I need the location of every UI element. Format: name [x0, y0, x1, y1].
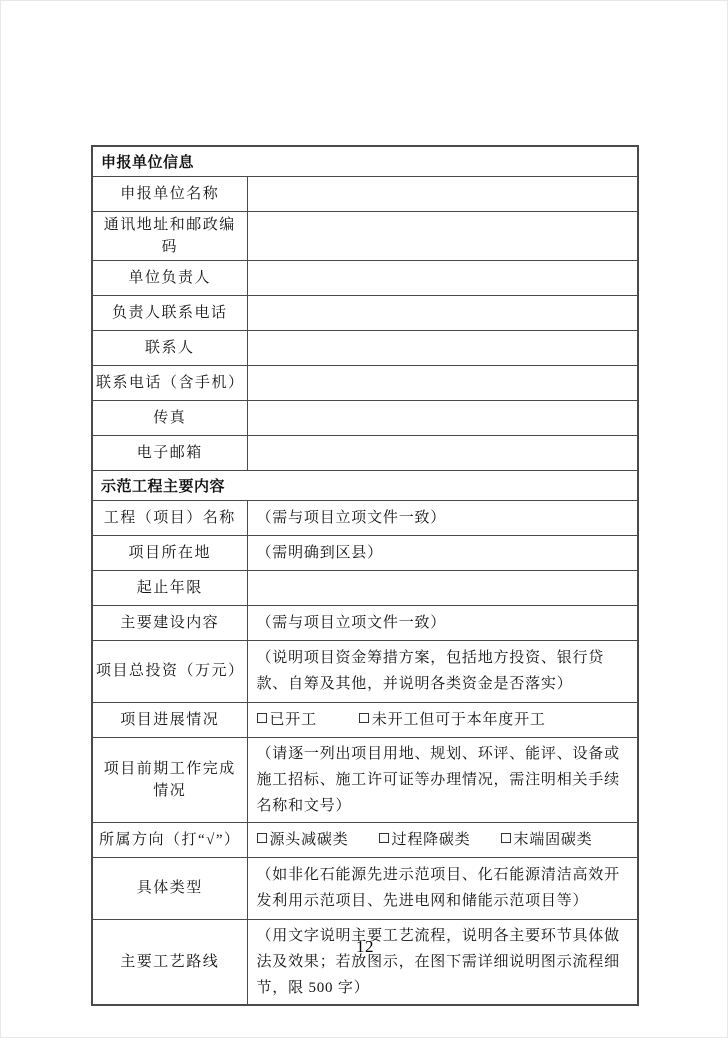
- checkbox-icon[interactable]: [379, 833, 389, 843]
- direction-option-source-reduction: 源头减碳类: [257, 832, 349, 848]
- table-row: 单位负责人: [92, 260, 638, 295]
- checkbox-icon[interactable]: [257, 713, 267, 723]
- row-value-contact-person: [247, 330, 638, 365]
- progress-option-not-started: 未开工但可于本年度开工: [359, 712, 546, 728]
- direction-option-process-reduction: 过程降碳类: [379, 832, 471, 848]
- table-row: 传真: [92, 400, 638, 435]
- checkbox-option-label: 过程降碳类: [392, 832, 471, 848]
- checkbox-option-label: 末端固碳类: [514, 832, 593, 848]
- row-value-address-postcode: [247, 211, 638, 260]
- row-label-project-progress: 项目进展情况: [92, 702, 247, 737]
- row-value-specific-type: （如非化石能源先进示范项目、化石能源清洁高效开发利用示范项目、先进电网和储能示范…: [247, 857, 638, 919]
- table-row: 项目总投资（万元） （说明项目资金筹措方案，包括地方投资、银行贷款、自筹及其他，…: [92, 640, 638, 702]
- row-label-direction: 所属方向（打“√”）: [92, 822, 247, 857]
- row-value-preliminary-work: （请逐一列出项目用地、规划、环评、能评、设备或施工招标、施工许可证等办理情况，需…: [247, 737, 638, 822]
- table-row: 通讯地址和邮政编码: [92, 211, 638, 260]
- row-label-email: 电子邮箱: [92, 435, 247, 470]
- row-value-head-phone: [247, 295, 638, 330]
- checkbox-icon[interactable]: [501, 833, 511, 843]
- table-row: 电子邮箱: [92, 435, 638, 470]
- page-number: 12: [1, 937, 728, 957]
- row-label-contact-phone: 联系电话（含手机）: [92, 365, 247, 400]
- row-label-project-name: 工程（项目）名称: [92, 500, 247, 535]
- direction-option-end-fixation: 末端固碳类: [501, 832, 593, 848]
- row-label-time-span: 起止年限: [92, 570, 247, 605]
- table-row: 申报单位信息: [92, 146, 638, 176]
- row-value-time-span: [247, 570, 638, 605]
- checkbox-option-label: 源头减碳类: [270, 832, 349, 848]
- row-value-project-progress: 已开工未开工但可于本年度开工: [247, 702, 638, 737]
- section-header-project-content: 示范工程主要内容: [92, 470, 638, 500]
- table-row: 申报单位名称: [92, 176, 638, 211]
- table-row: 项目前期工作完成情况 （请逐一列出项目用地、规划、环评、能评、设备或施工招标、施…: [92, 737, 638, 822]
- row-label-preliminary-work: 项目前期工作完成情况: [92, 737, 247, 822]
- table-row: 所属方向（打“√”） 源头减碳类过程降碳类末端固碳类: [92, 822, 638, 857]
- row-value-project-name: （需与项目立项文件一致）: [247, 500, 638, 535]
- checkbox-icon[interactable]: [257, 833, 267, 843]
- table-row: 联系电话（含手机）: [92, 365, 638, 400]
- row-label-fax: 传真: [92, 400, 247, 435]
- table-row: 起止年限: [92, 570, 638, 605]
- document-page: 申报单位信息 申报单位名称 通讯地址和邮政编码 单位负责人 负责人联系电话 联系…: [0, 0, 728, 1038]
- row-label-total-investment: 项目总投资（万元）: [92, 640, 247, 702]
- row-label-applicant-name: 申报单位名称: [92, 176, 247, 211]
- section-header-applicant-info: 申报单位信息: [92, 146, 638, 176]
- progress-option-started: 已开工: [257, 712, 317, 728]
- table-row: 负责人联系电话: [92, 295, 638, 330]
- row-label-project-location: 项目所在地: [92, 535, 247, 570]
- row-value-process-route: （用文字说明主要工艺流程，说明各主要环节具体做法及效果；若放图示，在图下需详细说…: [247, 919, 638, 1005]
- row-label-process-route: 主要工艺路线: [92, 919, 247, 1005]
- checkbox-option-label: 已开工: [270, 712, 317, 728]
- row-value-project-location: （需明确到区县）: [247, 535, 638, 570]
- table-row: 具体类型 （如非化石能源先进示范项目、化石能源清洁高效开发利用示范项目、先进电网…: [92, 857, 638, 919]
- row-value-email: [247, 435, 638, 470]
- row-value-direction: 源头减碳类过程降碳类末端固碳类: [247, 822, 638, 857]
- row-label-unit-head: 单位负责人: [92, 260, 247, 295]
- row-value-total-investment: （说明项目资金筹措方案，包括地方投资、银行贷款、自筹及其他，并说明各类资金是否落…: [247, 640, 638, 702]
- table-row: 主要建设内容 （需与项目立项文件一致）: [92, 605, 638, 640]
- row-value-main-construction: （需与项目立项文件一致）: [247, 605, 638, 640]
- table-row: 工程（项目）名称 （需与项目立项文件一致）: [92, 500, 638, 535]
- table-row: 示范工程主要内容: [92, 470, 638, 500]
- checkbox-option-label: 未开工但可于本年度开工: [372, 712, 546, 728]
- row-value-applicant-name: [247, 176, 638, 211]
- row-label-contact-person: 联系人: [92, 330, 247, 365]
- row-label-address-postcode: 通讯地址和邮政编码: [92, 211, 247, 260]
- table-row: 主要工艺路线 （用文字说明主要工艺流程，说明各主要环节具体做法及效果；若放图示，…: [92, 919, 638, 1005]
- row-value-contact-phone: [247, 365, 638, 400]
- table-row: 项目所在地 （需明确到区县）: [92, 535, 638, 570]
- row-label-main-construction: 主要建设内容: [92, 605, 247, 640]
- application-form-table: 申报单位信息 申报单位名称 通讯地址和邮政编码 单位负责人 负责人联系电话 联系…: [91, 145, 639, 1006]
- row-value-fax: [247, 400, 638, 435]
- row-label-head-phone: 负责人联系电话: [92, 295, 247, 330]
- row-label-specific-type: 具体类型: [92, 857, 247, 919]
- table-row: 项目进展情况 已开工未开工但可于本年度开工: [92, 702, 638, 737]
- checkbox-icon[interactable]: [359, 713, 369, 723]
- row-value-unit-head: [247, 260, 638, 295]
- table-row: 联系人: [92, 330, 638, 365]
